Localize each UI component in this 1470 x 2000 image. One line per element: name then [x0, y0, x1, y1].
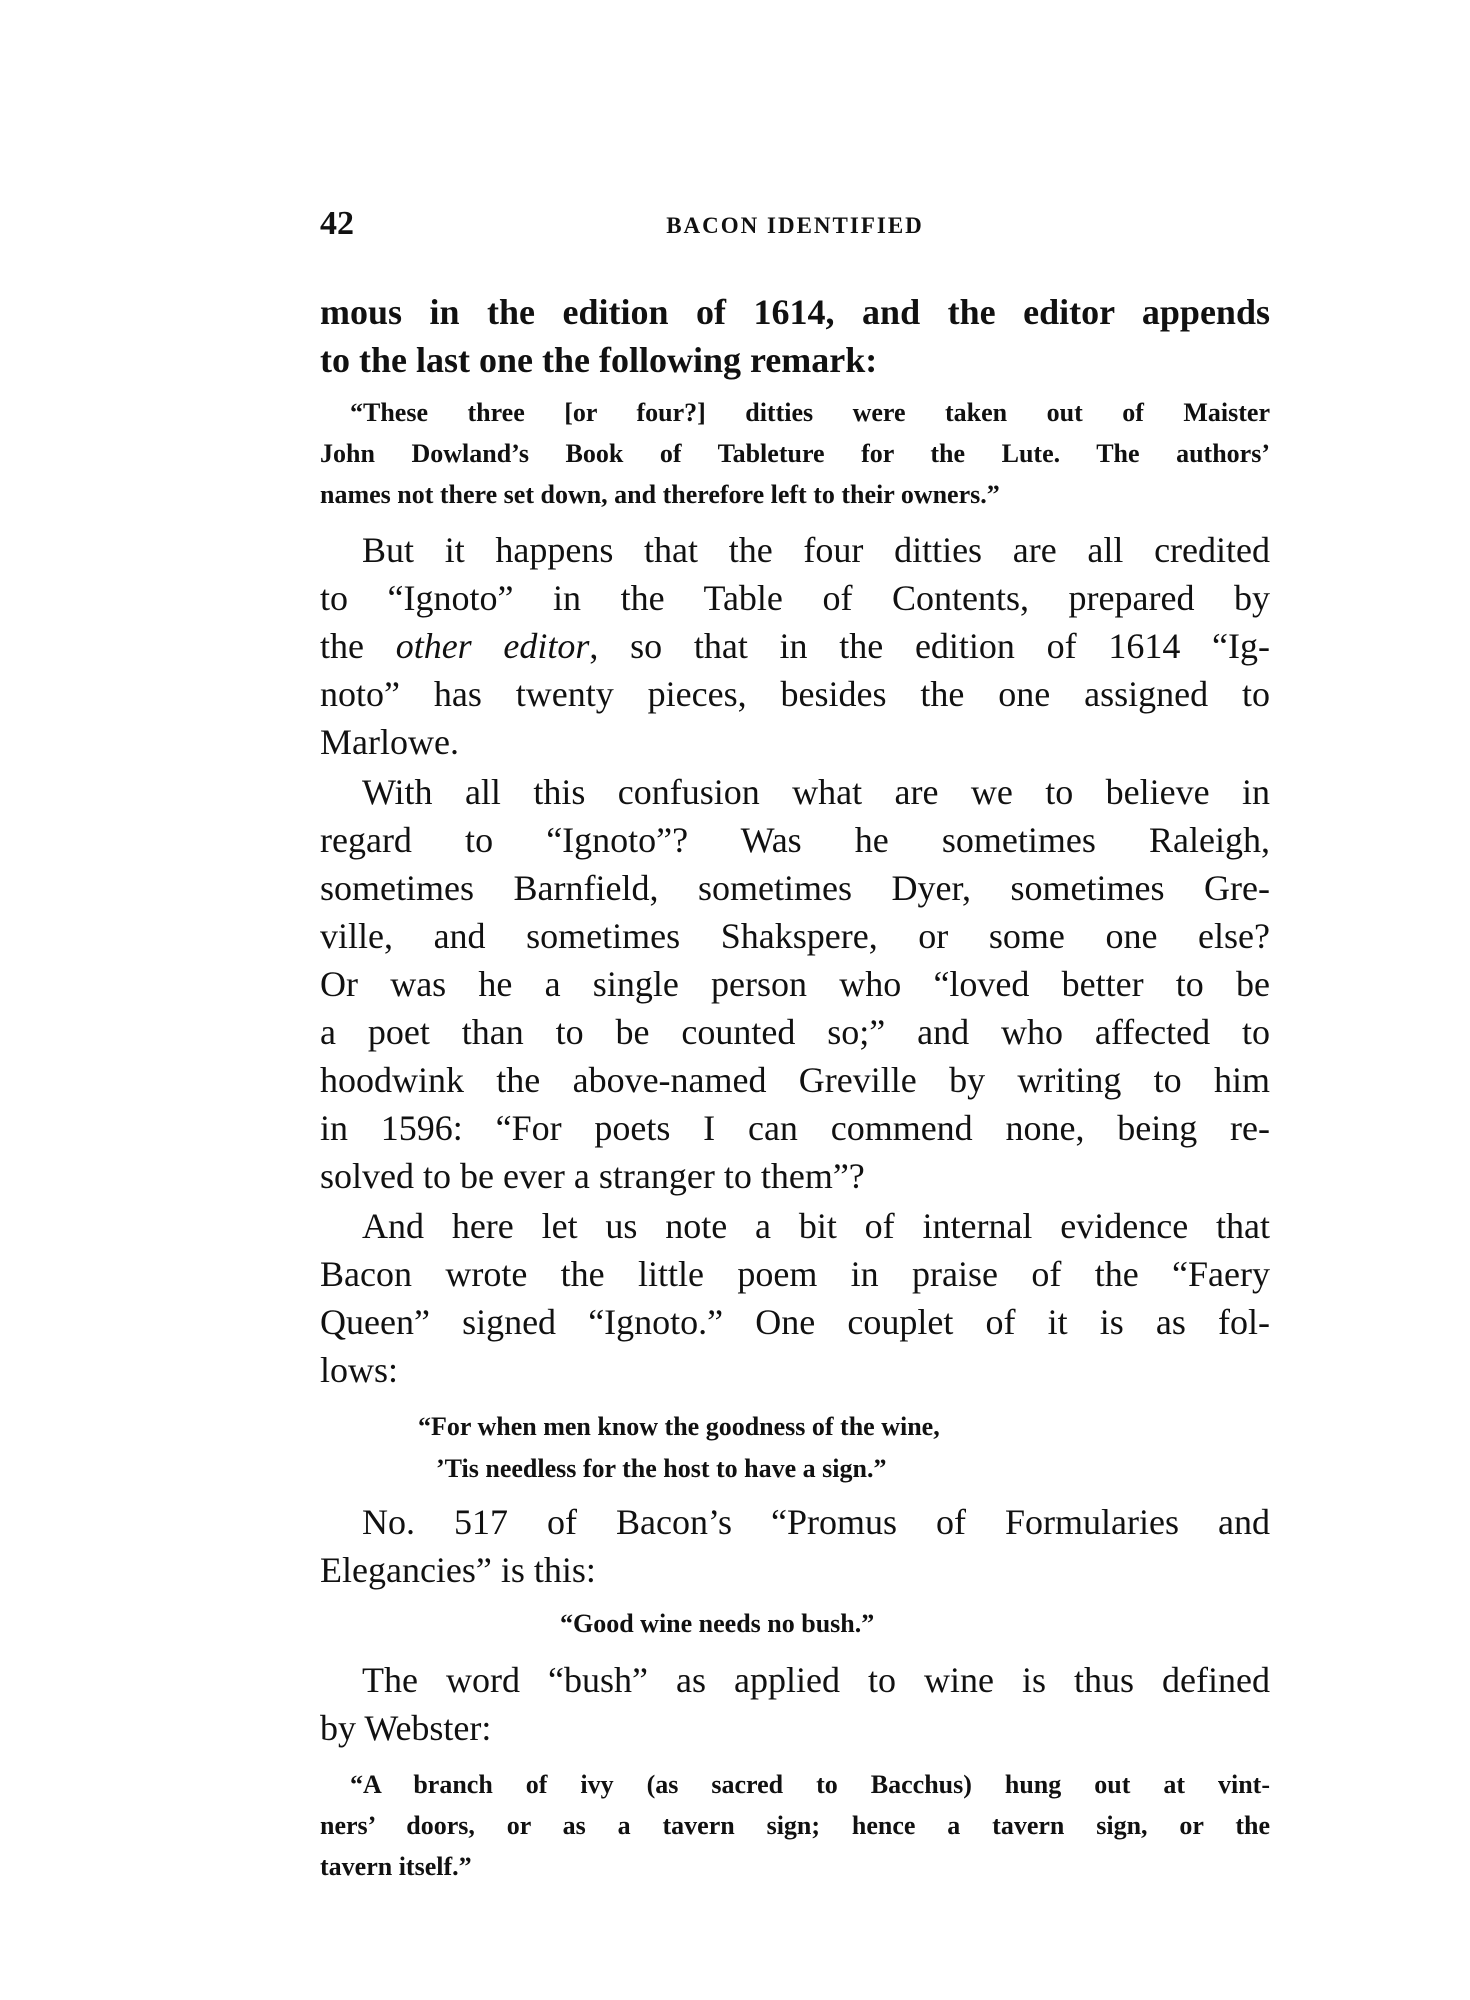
paragraph-line: But it happens that the four ditties are… [362, 530, 1270, 570]
paragraph-line: the other editor, so that in the edition… [320, 626, 1270, 666]
paragraph-line: ville, and sometimes Shakspere, or some … [320, 916, 1270, 956]
block-quote-line: names not there set down, and therefore … [320, 478, 1270, 512]
verse-line: ’Tis needless for the host to have a sig… [436, 1452, 886, 1486]
paragraph-line: in 1596: “For poets I can commend none, … [320, 1108, 1270, 1148]
text-run: the [320, 626, 396, 666]
block-quote-line: “These three [or four?] ditties were tak… [350, 396, 1270, 430]
block-quote-line: tavern itself.” [320, 1850, 1270, 1884]
paragraph-line: Marlowe. [320, 722, 1270, 762]
italic-text: other editor [396, 626, 590, 666]
block-quote-line: “A branch of ivy (as sacred to Bacchus) … [350, 1768, 1270, 1802]
paragraph-line: by Webster: [320, 1708, 1270, 1748]
paragraph-line: lows: [320, 1350, 1270, 1390]
paragraph-line: Or was he a single person who “loved bet… [320, 964, 1270, 1004]
paragraph-line: mous in the edition of 1614, and the edi… [320, 292, 1270, 332]
paragraph-line: hoodwink the above-named Greville by wri… [320, 1060, 1270, 1100]
text-run: , so that in the edition of 1614 “Ig- [589, 626, 1270, 666]
book-page: 42 BACON IDENTIFIED mous in the edition … [0, 0, 1470, 2000]
paragraph-line: sometimes Barnfield, sometimes Dyer, som… [320, 868, 1270, 908]
paragraph-line: The word “bush” as applied to wine is th… [362, 1660, 1270, 1700]
verse-line: “For when men know the goodness of the w… [418, 1410, 940, 1444]
proverb-quote: “Good wine needs no bush.” [560, 1607, 874, 1641]
running-title: BACON IDENTIFIED [320, 213, 1270, 239]
paragraph-line: regard to “Ignoto”? Was he sometimes Ral… [320, 820, 1270, 860]
paragraph-line: With all this confusion what are we to b… [362, 772, 1270, 812]
paragraph-line: solved to be ever a stranger to them”? [320, 1156, 1270, 1196]
paragraph-line: a poet than to be counted so;” and who a… [320, 1012, 1270, 1052]
paragraph-line: to “Ignoto” in the Table of Contents, pr… [320, 578, 1270, 618]
paragraph-line: Queen” signed “Ignoto.” One couplet of i… [320, 1302, 1270, 1342]
block-quote-line: ners’ doors, or as a tavern sign; hence … [320, 1809, 1270, 1843]
paragraph-line: And here let us note a bit of internal e… [362, 1206, 1270, 1246]
block-quote-line: John Dowland’s Book of Tableture for the… [320, 437, 1270, 471]
paragraph-line: to the last one the following remark: [320, 340, 1270, 380]
running-header: 42 BACON IDENTIFIED [320, 205, 1270, 245]
paragraph-line: No. 517 of Bacon’s “Promus of Formularie… [362, 1502, 1270, 1542]
paragraph-line: Bacon wrote the little poem in praise of… [320, 1254, 1270, 1294]
paragraph-line: Elegancies” is this: [320, 1550, 1270, 1590]
paragraph-line: noto” has twenty pieces, besides the one… [320, 674, 1270, 714]
